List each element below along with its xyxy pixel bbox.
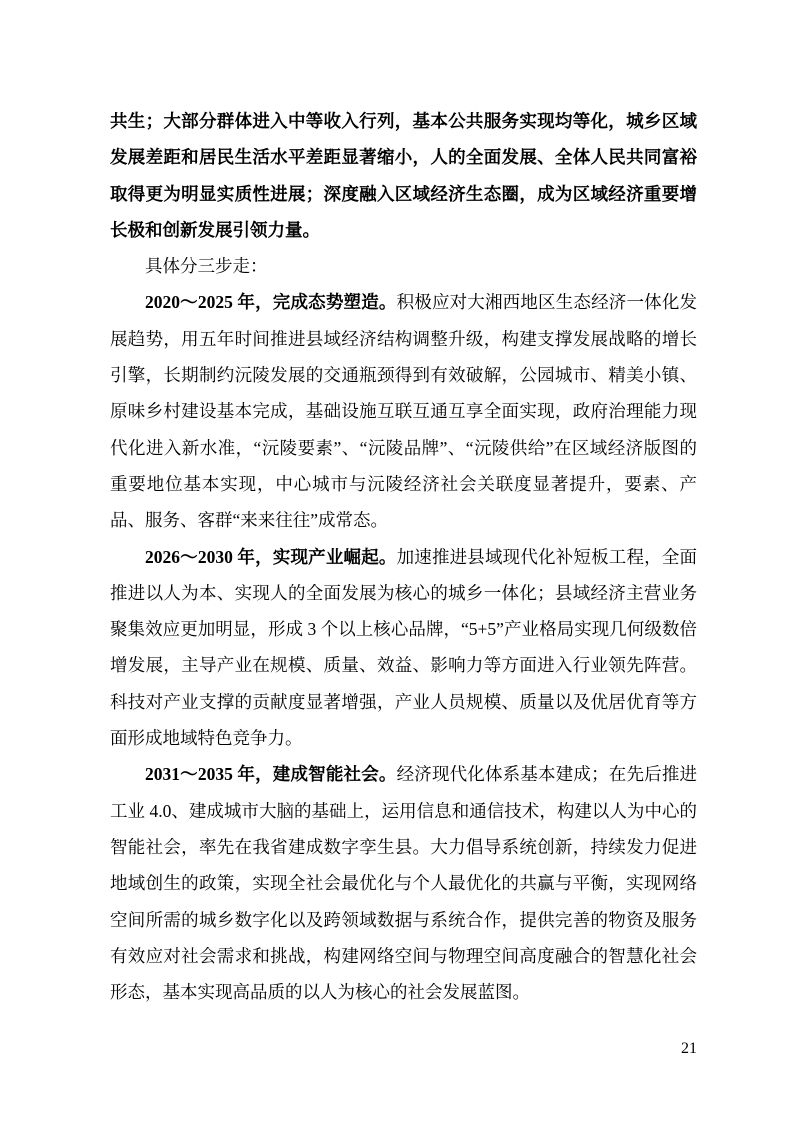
paragraph-steps-label: 具体分三步走： bbox=[110, 248, 697, 284]
paragraph-stage-2020-2025: 2020～2025 年，完成态势塑造。积极应对大湘西地区生态经济一体化发展趋势，… bbox=[110, 284, 697, 538]
stage-2026-2030-heading: 2026～2030 年，实现产业崛起。 bbox=[145, 547, 397, 567]
stage-2031-2035-body: 经济现代化体系基本建成；在先后推进工业 4.0、建成城市大脑的基础上，运用信息和… bbox=[110, 764, 697, 1002]
paragraph-intro: 共生；大部分群体进入中等收入行列，基本公共服务实现均等化，城乡区域发展差距和居民… bbox=[110, 103, 697, 248]
stage-2020-2025-heading: 2020～2025 年，完成态势塑造。 bbox=[145, 292, 397, 312]
paragraph-stage-2026-2030: 2026～2030 年，实现产业崛起。加速推进县域现代化补短板工程，全面推进以人… bbox=[110, 539, 697, 757]
page-number: 21 bbox=[681, 1040, 697, 1057]
page-content: 共生；大部分群体进入中等收入行列，基本公共服务实现均等化，城乡区域发展差距和居民… bbox=[110, 103, 697, 1010]
document-page: 共生；大部分群体进入中等收入行列，基本公共服务实现均等化，城乡区域发展差距和居民… bbox=[0, 0, 793, 1122]
page-footer: 21 bbox=[110, 1038, 697, 1060]
paragraph-stage-2031-2035: 2031～2035 年，建成智能社会。经济现代化体系基本建成；在先后推进工业 4… bbox=[110, 756, 697, 1010]
stage-2031-2035-heading: 2031～2035 年，建成智能社会。 bbox=[145, 764, 397, 784]
stage-2020-2025-body: 积极应对大湘西地区生态经济一体化发展趋势，用五年时间推进县域经济结构调整升级，构… bbox=[110, 292, 697, 530]
stage-2026-2030-body: 加速推进县域现代化补短板工程，全面推进以人为本、实现人的全面发展为核心的城乡一体… bbox=[110, 547, 697, 748]
